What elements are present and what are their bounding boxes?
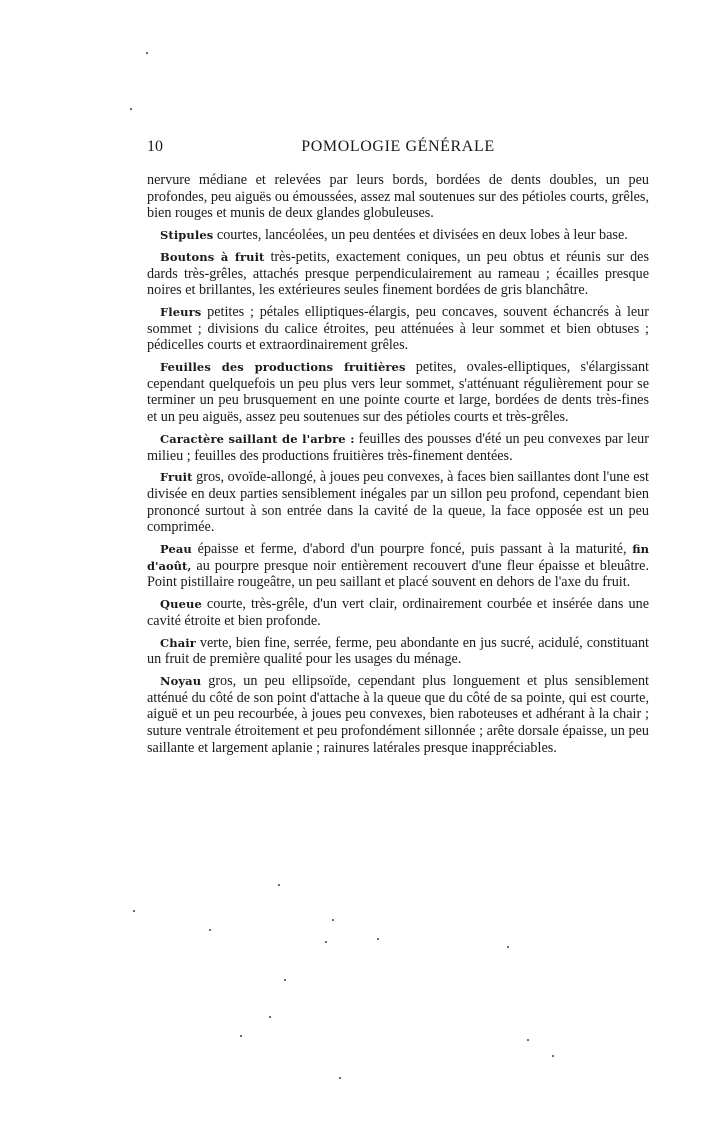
paragraph-noyau: Noyau gros, un peu ellipsoïde, cependant… xyxy=(147,673,649,757)
scan-speck xyxy=(377,938,379,940)
scan-speck xyxy=(130,108,132,110)
scan-speck xyxy=(325,941,327,943)
paragraph-text: gros, ovoïde-allongé, à joues peu convex… xyxy=(147,469,649,535)
paragraph-lead: Fruit xyxy=(160,470,193,484)
scan-speck xyxy=(269,1016,271,1018)
paragraph-text: gros, un peu ellipsoïde, cependant plus … xyxy=(147,673,649,756)
scan-speck xyxy=(527,1039,529,1041)
book-page: 10 POMOLOGIE GÉNÉRALE nervure médiane et… xyxy=(147,138,649,762)
scan-speck xyxy=(332,919,334,921)
running-head: 10 POMOLOGIE GÉNÉRALE xyxy=(147,138,649,160)
paragraph-lead: Chair xyxy=(160,636,196,650)
running-title: POMOLOGIE GÉNÉRALE xyxy=(147,138,649,156)
paragraph-text: petites ; pétales elliptiques-élargis, p… xyxy=(147,304,649,353)
paragraph-boutons: Boutons à fruit très-petits, exactement … xyxy=(147,249,649,299)
paragraph-stipules: Stipules courtes, lancéolées, un peu den… xyxy=(147,227,649,244)
paragraph-queue: Queue courte, très-grêle, d'un vert clai… xyxy=(147,596,649,629)
paragraph-lead: Boutons à fruit xyxy=(160,250,264,264)
scan-speck xyxy=(209,929,211,931)
scan-speck xyxy=(552,1055,554,1057)
scan-speck xyxy=(507,946,509,948)
paragraph-text: nervure médiane et relevées par leurs bo… xyxy=(147,172,649,221)
paragraph-lead: Peau xyxy=(160,542,192,556)
paragraph-lead: Stipules xyxy=(160,228,213,242)
paragraph-feuilles: Feuilles des productions fruitières peti… xyxy=(147,359,649,426)
scan-speck xyxy=(278,884,280,886)
paragraph-text: courtes, lancéolées, un peu dentées et d… xyxy=(213,227,627,243)
paragraph-lead: Fleurs xyxy=(160,305,201,319)
paragraph-text: au pourpre presque noir entièrement reco… xyxy=(147,558,649,591)
scan-speck xyxy=(146,52,148,54)
paragraph-text: épaisse et ferme, d'abord d'un pourpre f… xyxy=(192,541,632,557)
scan-speck xyxy=(240,1035,242,1037)
paragraph-fleurs: Fleurs petites ; pétales elliptiques-éla… xyxy=(147,304,649,354)
paragraph-lead: Caractère saillant de l'arbre : xyxy=(160,432,355,446)
paragraph-text: courte, très-grêle, d'un vert clair, ord… xyxy=(147,596,649,629)
scan-speck xyxy=(339,1077,341,1079)
paragraph-lead: Queue xyxy=(160,597,202,611)
paragraph-caractere: Caractère saillant de l'arbre : feuilles… xyxy=(147,431,649,464)
paragraph-text: verte, bien fine, serrée, ferme, peu abo… xyxy=(147,635,649,668)
paragraph-chair: Chair verte, bien fine, serrée, ferme, p… xyxy=(147,635,649,668)
paragraph-lead: Feuilles des productions fruitières xyxy=(160,360,406,374)
paragraph-leaf-continuation: nervure médiane et relevées par leurs bo… xyxy=(147,172,649,222)
scan-speck xyxy=(284,979,286,981)
paragraph-peau: Peau épaisse et ferme, d'abord d'un pour… xyxy=(147,541,649,591)
scan-speck xyxy=(133,910,135,912)
paragraph-fruit: Fruit gros, ovoïde-allongé, à joues peu … xyxy=(147,469,649,536)
paragraph-lead: Noyau xyxy=(160,674,201,688)
